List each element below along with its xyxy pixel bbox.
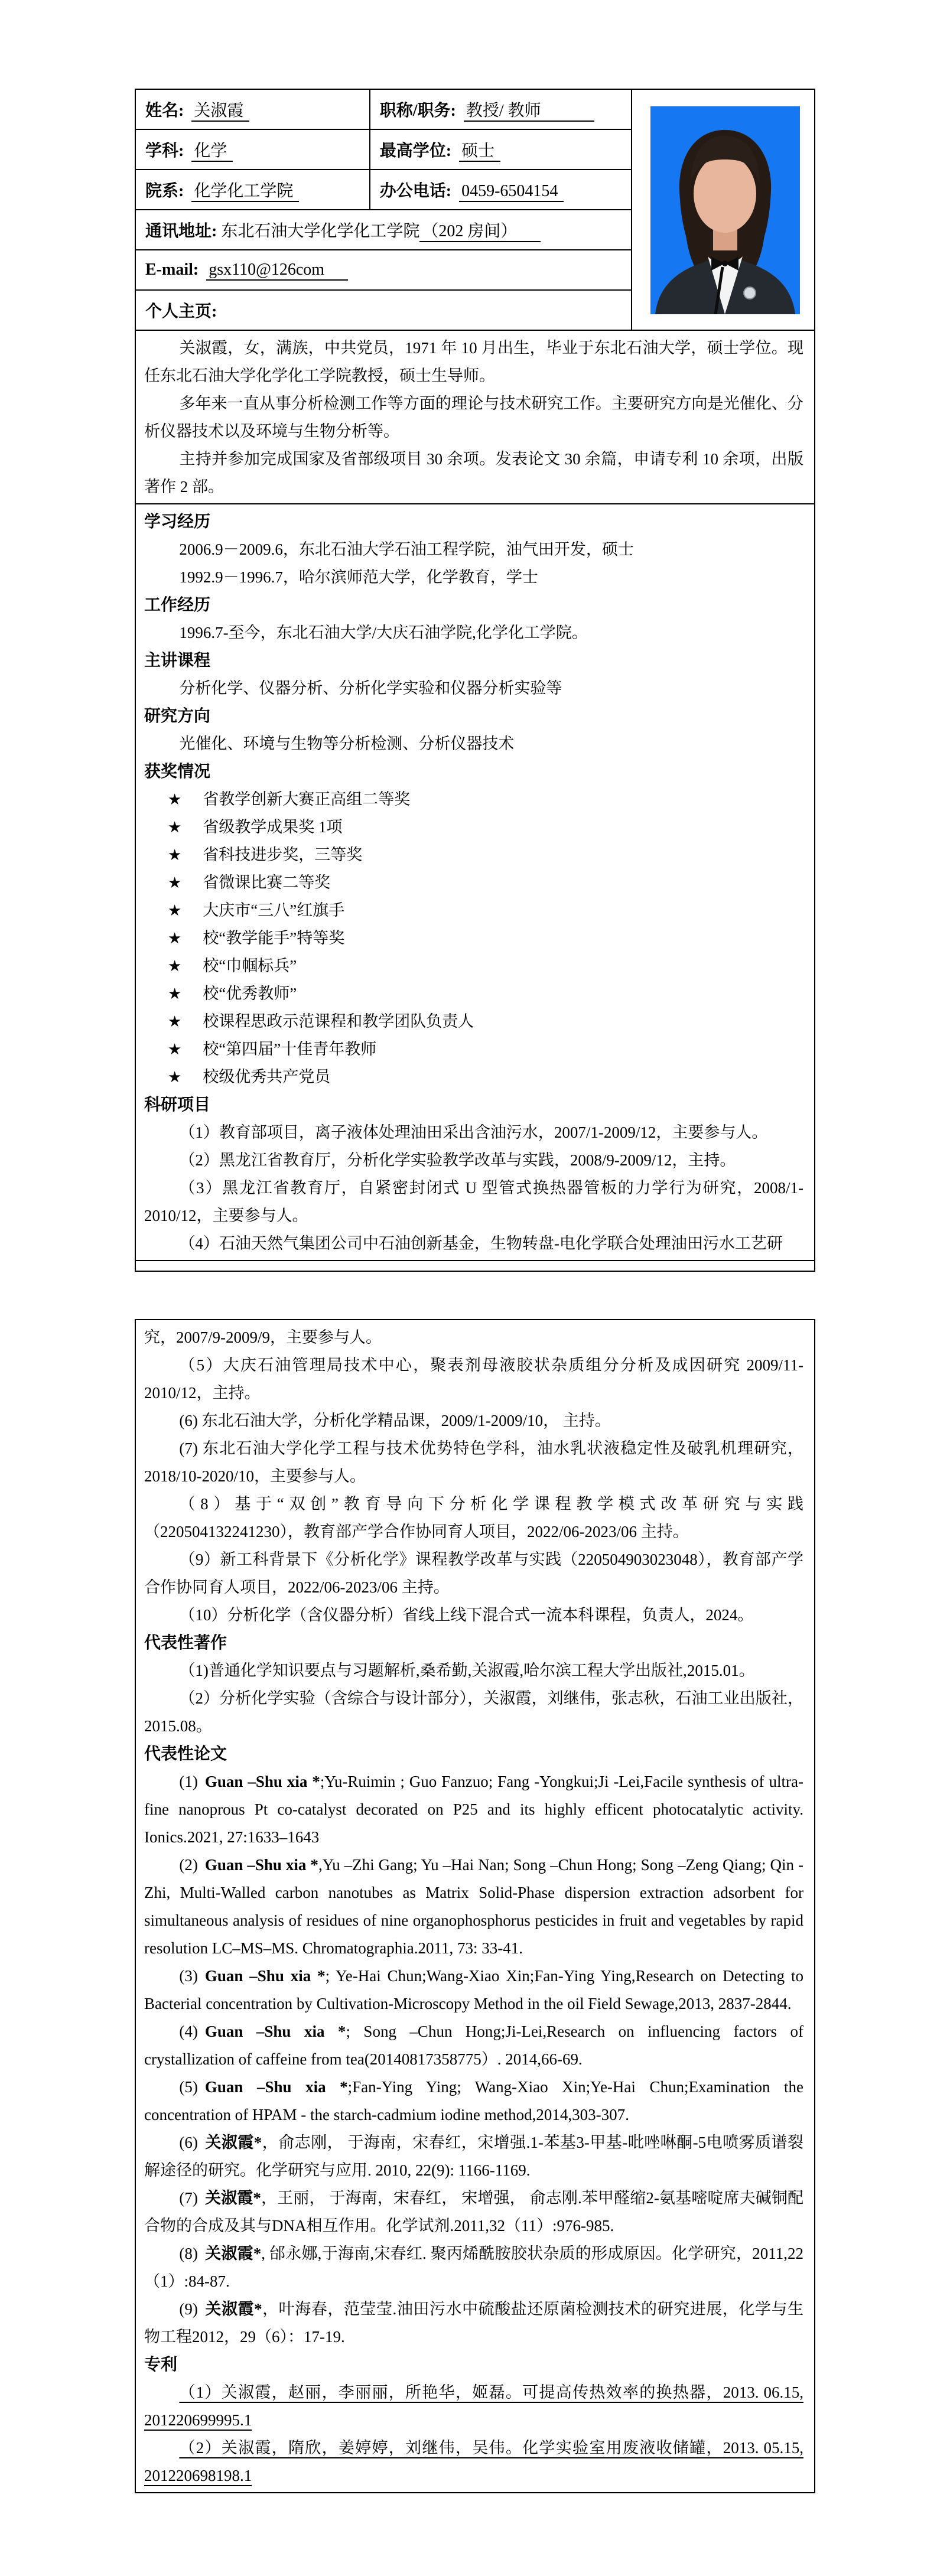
star-icon: ★	[168, 1035, 181, 1063]
discipline-label: 学科:	[145, 142, 184, 160]
work-list: 1996.7-至今，东北石油大学/大庆石油学院,化学化工学院。	[144, 619, 803, 647]
title-value: 教授/ 教师	[464, 102, 594, 122]
work-item: 1996.7-至今，东北石油大学/大庆石油学院,化学化工学院。	[144, 619, 803, 647]
education-item: 1992.9－1996.7，哈尔滨师范大学，化学教育，学士	[144, 564, 803, 591]
heading-work: 工作经历	[144, 591, 803, 619]
heading-papers: 代表性论文	[144, 1740, 803, 1768]
phone-cell: 办公电话: 0459-6504154	[370, 170, 632, 210]
paper-number: (9)	[179, 2300, 197, 2318]
project-item: （2）黑龙江省教育厅，分析化学实验教学改革与实践，2008/9-2009/12，…	[144, 1147, 803, 1174]
book-item: （2）分析化学实验（含综合与设计部分），关淑霞，刘继伟，张志秋，石油工业出版社，…	[144, 1685, 803, 1740]
project-item: （1）教育部项目，离子液体处理油田采出含油污水，2007/1-2009/12，主…	[144, 1119, 803, 1147]
name-value: 关淑霞	[191, 102, 249, 122]
paper-item: (1)Guan –Shu xia *;Yu-Ruimin ; Guo Fanzu…	[144, 1768, 803, 1851]
project-item: （5）大庆石油管理局技术中心，聚表剂母液胶状杂质组分分析及成因研究 2009/1…	[144, 1351, 803, 1407]
books-list: （1)普通化学知识要点与习题解析,桑希勤,关淑霞,哈尔滨工程大学出版社,2015…	[144, 1657, 803, 1740]
paper-item: (3)Guan –Shu xia *; Ye-Hai Chun;Wang-Xia…	[144, 1962, 803, 2018]
heading-awards: 获奖情况	[144, 758, 803, 786]
paper-item: (5)Guan –Shu xia *;Fan-Ying Ying; Wang-X…	[144, 2073, 803, 2129]
award-item: ★ 省科技进步奖，三等奖	[144, 841, 803, 869]
star-icon: ★	[168, 924, 181, 952]
heading-patents: 专利	[144, 2351, 803, 2379]
paper-authors: 关淑霞*	[205, 2134, 262, 2151]
paper-authors: Guan –Shu xia *	[205, 2078, 348, 2096]
award-item: ★ 省教学创新大赛正高组二等奖	[144, 786, 803, 813]
award-text: 大庆市“三八”红旗手	[203, 897, 344, 924]
homepage-label: 个人主页:	[145, 302, 217, 321]
homepage-cell: 个人主页:	[135, 290, 632, 330]
email-value: gsx110@126com	[206, 260, 348, 281]
discipline-value: 化学	[191, 142, 233, 162]
award-text: 校“巾帼标兵”	[203, 952, 297, 980]
project-item: （8）基于“双创”教育导向下分析化学课程教学模式改革研究与实践（22050413…	[144, 1490, 803, 1546]
award-text: 校“优秀教师”	[203, 980, 297, 1008]
paper-number: (3)	[179, 1967, 197, 1985]
title-label: 职称/职务:	[380, 102, 456, 120]
page-2: 究，2007/9-2009/9，主要参与人。 （5）大庆石油管理局技术中心，聚表…	[135, 1319, 815, 2493]
paper-item: (7)关淑霞*，王丽， 于海南，宋春红， 宋增强， 俞志刚.苯甲醛缩2-氨基嘧啶…	[144, 2184, 803, 2240]
paper-item: (9)关淑霞*，叶海春，范莹莹.油田污水中硫酸盐还原菌检测技术的研究进展，化学与…	[144, 2295, 803, 2351]
email-label: E-mail:	[145, 260, 199, 279]
paper-authors: 关淑霞*	[205, 2245, 261, 2262]
award-text: 校“教学能手”特等奖	[203, 924, 344, 952]
paper-number: (5)	[179, 2078, 197, 2096]
star-icon: ★	[168, 980, 181, 1008]
star-icon: ★	[168, 786, 181, 813]
phone-value: 0459-6504154	[459, 182, 564, 202]
heading-projects: 科研项目	[144, 1091, 803, 1119]
bio-paragraph: 关淑霞，女，满族，中共党员，1971 年 10 月出生，毕业于东北石油大学，硕士…	[144, 334, 803, 390]
project-item: （10）分析化学（含仪器分析）省线上线下混合式一流本科课程，负责人，2024。	[144, 1601, 803, 1629]
bio-section: 关淑霞，女，满族，中共党员，1971 年 10 月出生，毕业于东北石油大学，硕士…	[136, 331, 814, 504]
address-cell: 通讯地址: 东北石油大学化学化工学院（202 房间）	[135, 210, 632, 250]
star-icon: ★	[168, 869, 181, 897]
awards-list: ★ 省教学创新大赛正高组二等奖 ★ 省级教学成果奖 1项 ★ 省科技进步奖，三等…	[144, 786, 803, 1091]
star-icon: ★	[168, 1008, 181, 1035]
paper-authors: 关淑霞*	[205, 2189, 261, 2207]
project-item-carryover: 究，2007/9-2009/9，主要参与人。	[144, 1324, 803, 1351]
title-cell: 职称/职务: 教授/ 教师	[370, 89, 632, 129]
award-text: 省科技进步奖，三等奖	[203, 841, 362, 869]
patents-list: （1）关淑霞，赵丽，李丽丽，所艳华，姬磊。可提高传热效率的换热器，2013. 0…	[144, 2379, 803, 2490]
name-cell: 姓名: 关淑霞	[135, 89, 370, 129]
award-item: ★ 校级优秀共产党员	[144, 1063, 803, 1091]
heading-courses: 主讲课程	[144, 647, 803, 675]
award-text: 省教学创新大赛正高组二等奖	[203, 786, 410, 813]
info-row-1: 姓名: 关淑霞 职称/职务: 教授/ 教师	[135, 89, 815, 129]
patent-item: （2）关淑霞，隋欣，姜婷婷，刘继伟，吴伟。化学实验室用废液收储罐，2013. 0…	[144, 2434, 803, 2490]
award-text: 校课程思政示范课程和教学团队负责人	[203, 1008, 474, 1035]
address-label: 通讯地址:	[145, 222, 217, 240]
paper-number: (4)	[179, 2023, 197, 2040]
star-icon: ★	[168, 841, 181, 869]
award-text: 校“第四届”十佳青年教师	[203, 1035, 376, 1063]
department-cell: 院系: 化学化工学院	[135, 170, 370, 210]
paper-number: (2)	[179, 1856, 197, 1874]
award-text: 省级教学成果奖 1项	[203, 813, 342, 841]
research-list: 光催化、环境与生物等分析检测、分析仪器技术	[144, 730, 803, 758]
name-label: 姓名:	[145, 102, 184, 120]
heading-research: 研究方向	[144, 702, 803, 730]
paper-number: (8)	[179, 2245, 197, 2262]
paper-item: (2)Guan –Shu xia *,Yu –Zhi Gang; Yu –Hai…	[144, 1851, 803, 1962]
paper-authors: Guan –Shu xia *	[205, 1967, 326, 1985]
star-icon: ★	[168, 897, 181, 924]
department-label: 院系:	[145, 182, 184, 200]
patent-item: （1）关淑霞，赵丽，李丽丽，所艳华，姬磊。可提高传热效率的换热器，2013. 0…	[144, 2379, 803, 2434]
award-text: 省微课比赛二等奖	[203, 869, 330, 897]
award-item: ★ 校“优秀教师”	[144, 980, 803, 1008]
paper-authors: Guan –Shu xia *	[205, 2023, 346, 2040]
page2-sections: 究，2007/9-2009/9，主要参与人。 （5）大庆石油管理局技术中心，聚表…	[136, 1320, 814, 2492]
paper-number: (6)	[179, 2134, 197, 2151]
award-text: 校级优秀共产党员	[203, 1063, 330, 1091]
papers-list: (1)Guan –Shu xia *;Yu-Ruimin ; Guo Fanzu…	[144, 1768, 803, 2351]
star-icon: ★	[168, 1063, 181, 1091]
award-item: ★ 校“教学能手”特等奖	[144, 924, 803, 952]
award-item: ★ 校课程思政示范课程和教学团队负责人	[144, 1008, 803, 1035]
projects-list-page2: （5）大庆石油管理局技术中心，聚表剂母液胶状杂质组分分析及成因研究 2009/1…	[144, 1351, 803, 1629]
bio-paragraph: 多年来一直从事分析检测工作等方面的理论与技术研究工作。主要研究方向是光催化、分析…	[144, 390, 803, 445]
heading-books: 代表性著作	[144, 1629, 803, 1657]
address-value: 东北石油大学化学化工学院	[221, 222, 419, 240]
star-icon: ★	[168, 952, 181, 980]
degree-cell: 最高学位: 硕士	[370, 129, 632, 170]
faculty-profile-document: 姓名: 关淑霞 职称/职务: 教授/ 教师	[135, 89, 815, 2493]
project-item: (7) 东北石油大学化学工程与技术优势特色学科，油水乳状液稳定性及破乳机理研究，…	[144, 1435, 803, 1490]
paper-item: (6)关淑霞*，俞志刚， 于海南，宋春红，宋增强.1-苯基3-甲基-吡唑啉酮-5…	[144, 2129, 803, 2184]
paper-authors: Guan –Shu xia *	[205, 1856, 318, 1874]
award-item: ★ 省级教学成果奖 1项	[144, 813, 803, 841]
courses-list: 分析化学、仪器分析、分析化学实验和仪器分析实验等	[144, 675, 803, 702]
email-cell: E-mail: gsx110@126com	[135, 250, 632, 290]
award-item: ★ 省微课比赛二等奖	[144, 869, 803, 897]
paper-number: (7)	[179, 2189, 197, 2207]
award-item: ★ 校“巾帼标兵”	[144, 952, 803, 980]
portrait-photo	[650, 106, 800, 314]
education-item: 2006.9－2009.6，东北石油大学石油工程学院，油气田开发，硕士	[144, 536, 803, 564]
page1-sections: 学习经历 2006.9－2009.6，东北石油大学石油工程学院，油气田开发，硕士…	[136, 504, 814, 1261]
projects-list-page1: （1）教育部项目，离子液体处理油田采出含油污水，2007/1-2009/12，主…	[144, 1119, 803, 1258]
degree-value: 硕士	[459, 142, 500, 162]
award-item: ★ 大庆市“三八”红旗手	[144, 897, 803, 924]
research-item: 光催化、环境与生物等分析检测、分析仪器技术	[144, 730, 803, 758]
project-item: （9）新工科背景下《分析化学》课程教学改革与实践（220504903023048…	[144, 1546, 803, 1601]
discipline-cell: 学科: 化学	[135, 129, 370, 170]
project-item: （3）黑龙江省教育厅，自紧密封闭式 U 型管式换热器管板的力学行为研究，2008…	[144, 1174, 803, 1230]
address-room-value: （202 房间）	[419, 222, 541, 242]
award-item: ★ 校“第四届”十佳青年教师	[144, 1035, 803, 1063]
photo-cell	[632, 89, 815, 330]
project-item: （4）石油天然气集团公司中石油创新基金，生物转盘-电化学联合处理油田污水工艺研	[144, 1230, 803, 1258]
paper-item: (4)Guan –Shu xia *; Song –Chun Hong;Ji-L…	[144, 2018, 803, 2073]
paper-authors: 关淑霞*	[205, 2300, 262, 2318]
paper-authors: Guan –Shu xia *	[205, 1773, 320, 1790]
course-item: 分析化学、仪器分析、分析化学实验和仪器分析实验等	[144, 675, 803, 702]
degree-label: 最高学位:	[380, 142, 451, 160]
paper-number: (1)	[179, 1773, 197, 1790]
education-list: 2006.9－2009.6，东北石油大学石油工程学院，油气田开发，硕士1992.…	[144, 536, 803, 591]
profile-info-table: 姓名: 关淑霞 职称/职务: 教授/ 教师	[135, 89, 815, 331]
page-1: 姓名: 关淑霞 职称/职务: 教授/ 教师	[135, 89, 815, 1272]
paper-item: (8)关淑霞*, 邰永娜,于海南,宋春红. 聚丙烯酰胺胶状杂质的形成原因。化学研…	[144, 2240, 803, 2295]
department-value: 化学化工学院	[191, 182, 299, 202]
bio-paragraph: 主持并参加完成国家及省部级项目 30 余项。发表论文 30 余篇，申请专利 10…	[144, 445, 803, 501]
heading-education: 学习经历	[144, 508, 803, 536]
star-icon: ★	[168, 813, 181, 841]
project-item: (6) 东北石油大学，分析化学精品课，2009/1-2009/10， 主持。	[144, 1407, 803, 1435]
book-item: （1)普通化学知识要点与习题解析,桑希勤,关淑霞,哈尔滨工程大学出版社,2015…	[144, 1657, 803, 1685]
phone-label: 办公电话:	[380, 182, 451, 200]
